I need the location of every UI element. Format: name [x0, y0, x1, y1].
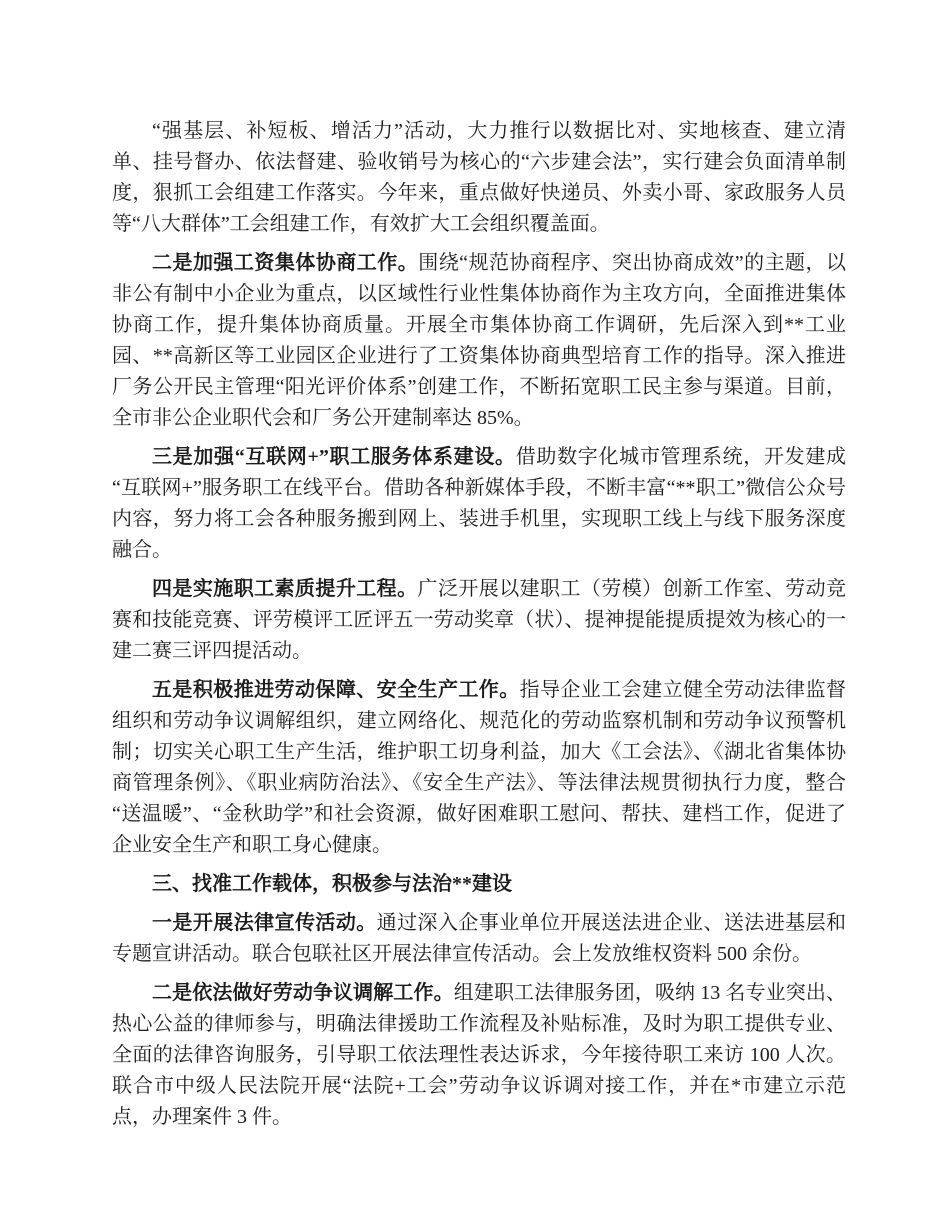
paragraph-lead-bold: 一是开展法律宣传活动。: [152, 912, 377, 934]
paragraph-lead-bold: 二是依法做好劳动争议调解工作。: [152, 982, 454, 1004]
paragraph-lead-bold: 四是实施职工素质提升工程。: [152, 578, 418, 600]
paragraph: 一是开展法律宣传活动。通过深入企事业单位开展送法进企业、送法进基层和专题宣讲活动…: [112, 908, 846, 970]
paragraph-body-text: 指导企业工会建立健全劳动法律监督组织和劳动争议调解组织，建立网络化、规范化的劳动…: [112, 679, 846, 856]
paragraph-body-text: “强基层、补短板、增活力”活动，大力推行以数据比对、实地核查、建立清单、挂号督办…: [112, 120, 846, 235]
paragraph: 四是实施职工素质提升工程。广泛开展以建职工（劳模）创新工作室、劳动竞赛和技能竞赛…: [112, 574, 846, 667]
paragraph-body-text: 围绕“规范协商程序、突出协商成效”的主题，以非公有制中小企业为重点，以区域性行业…: [112, 252, 846, 429]
paragraph-lead-bold: 三是加强“互联网+”职工服务体系建设。: [152, 446, 516, 468]
paragraph: 三是加强“互联网+”职工服务体系建设。借助数字化城市管理系统，开发建成“互联网+…: [112, 442, 846, 566]
paragraph: 三、找准工作载体，积极参与法治**建设: [112, 869, 846, 900]
paragraph: 二是依法做好劳动争议调解工作。组建职工法律服务团，吸纳 13 名专业突出、热心公…: [112, 978, 846, 1133]
paragraph-lead-bold: 二是加强工资集体协商工作。: [152, 252, 418, 274]
document-content: “强基层、补短板、增活力”活动，大力推行以数据比对、实地核查、建立清单、挂号督办…: [112, 116, 846, 1133]
paragraph-lead-bold: 三、找准工作载体，积极参与法治**建设: [152, 873, 512, 895]
document-page: “强基层、补短板、增活力”活动，大力推行以数据比对、实地核查、建立清单、挂号督办…: [0, 0, 950, 1230]
paragraph: 二是加强工资集体协商工作。围绕“规范协商程序、突出协商成效”的主题，以非公有制中…: [112, 248, 846, 434]
paragraph-lead-bold: 五是积极推进劳动保障、安全生产工作。: [152, 679, 520, 701]
paragraph: “强基层、补短板、增活力”活动，大力推行以数据比对、实地核查、建立清单、挂号督办…: [112, 116, 846, 240]
paragraph: 五是积极推进劳动保障、安全生产工作。指导企业工会建立健全劳动法律监督组织和劳动争…: [112, 675, 846, 861]
